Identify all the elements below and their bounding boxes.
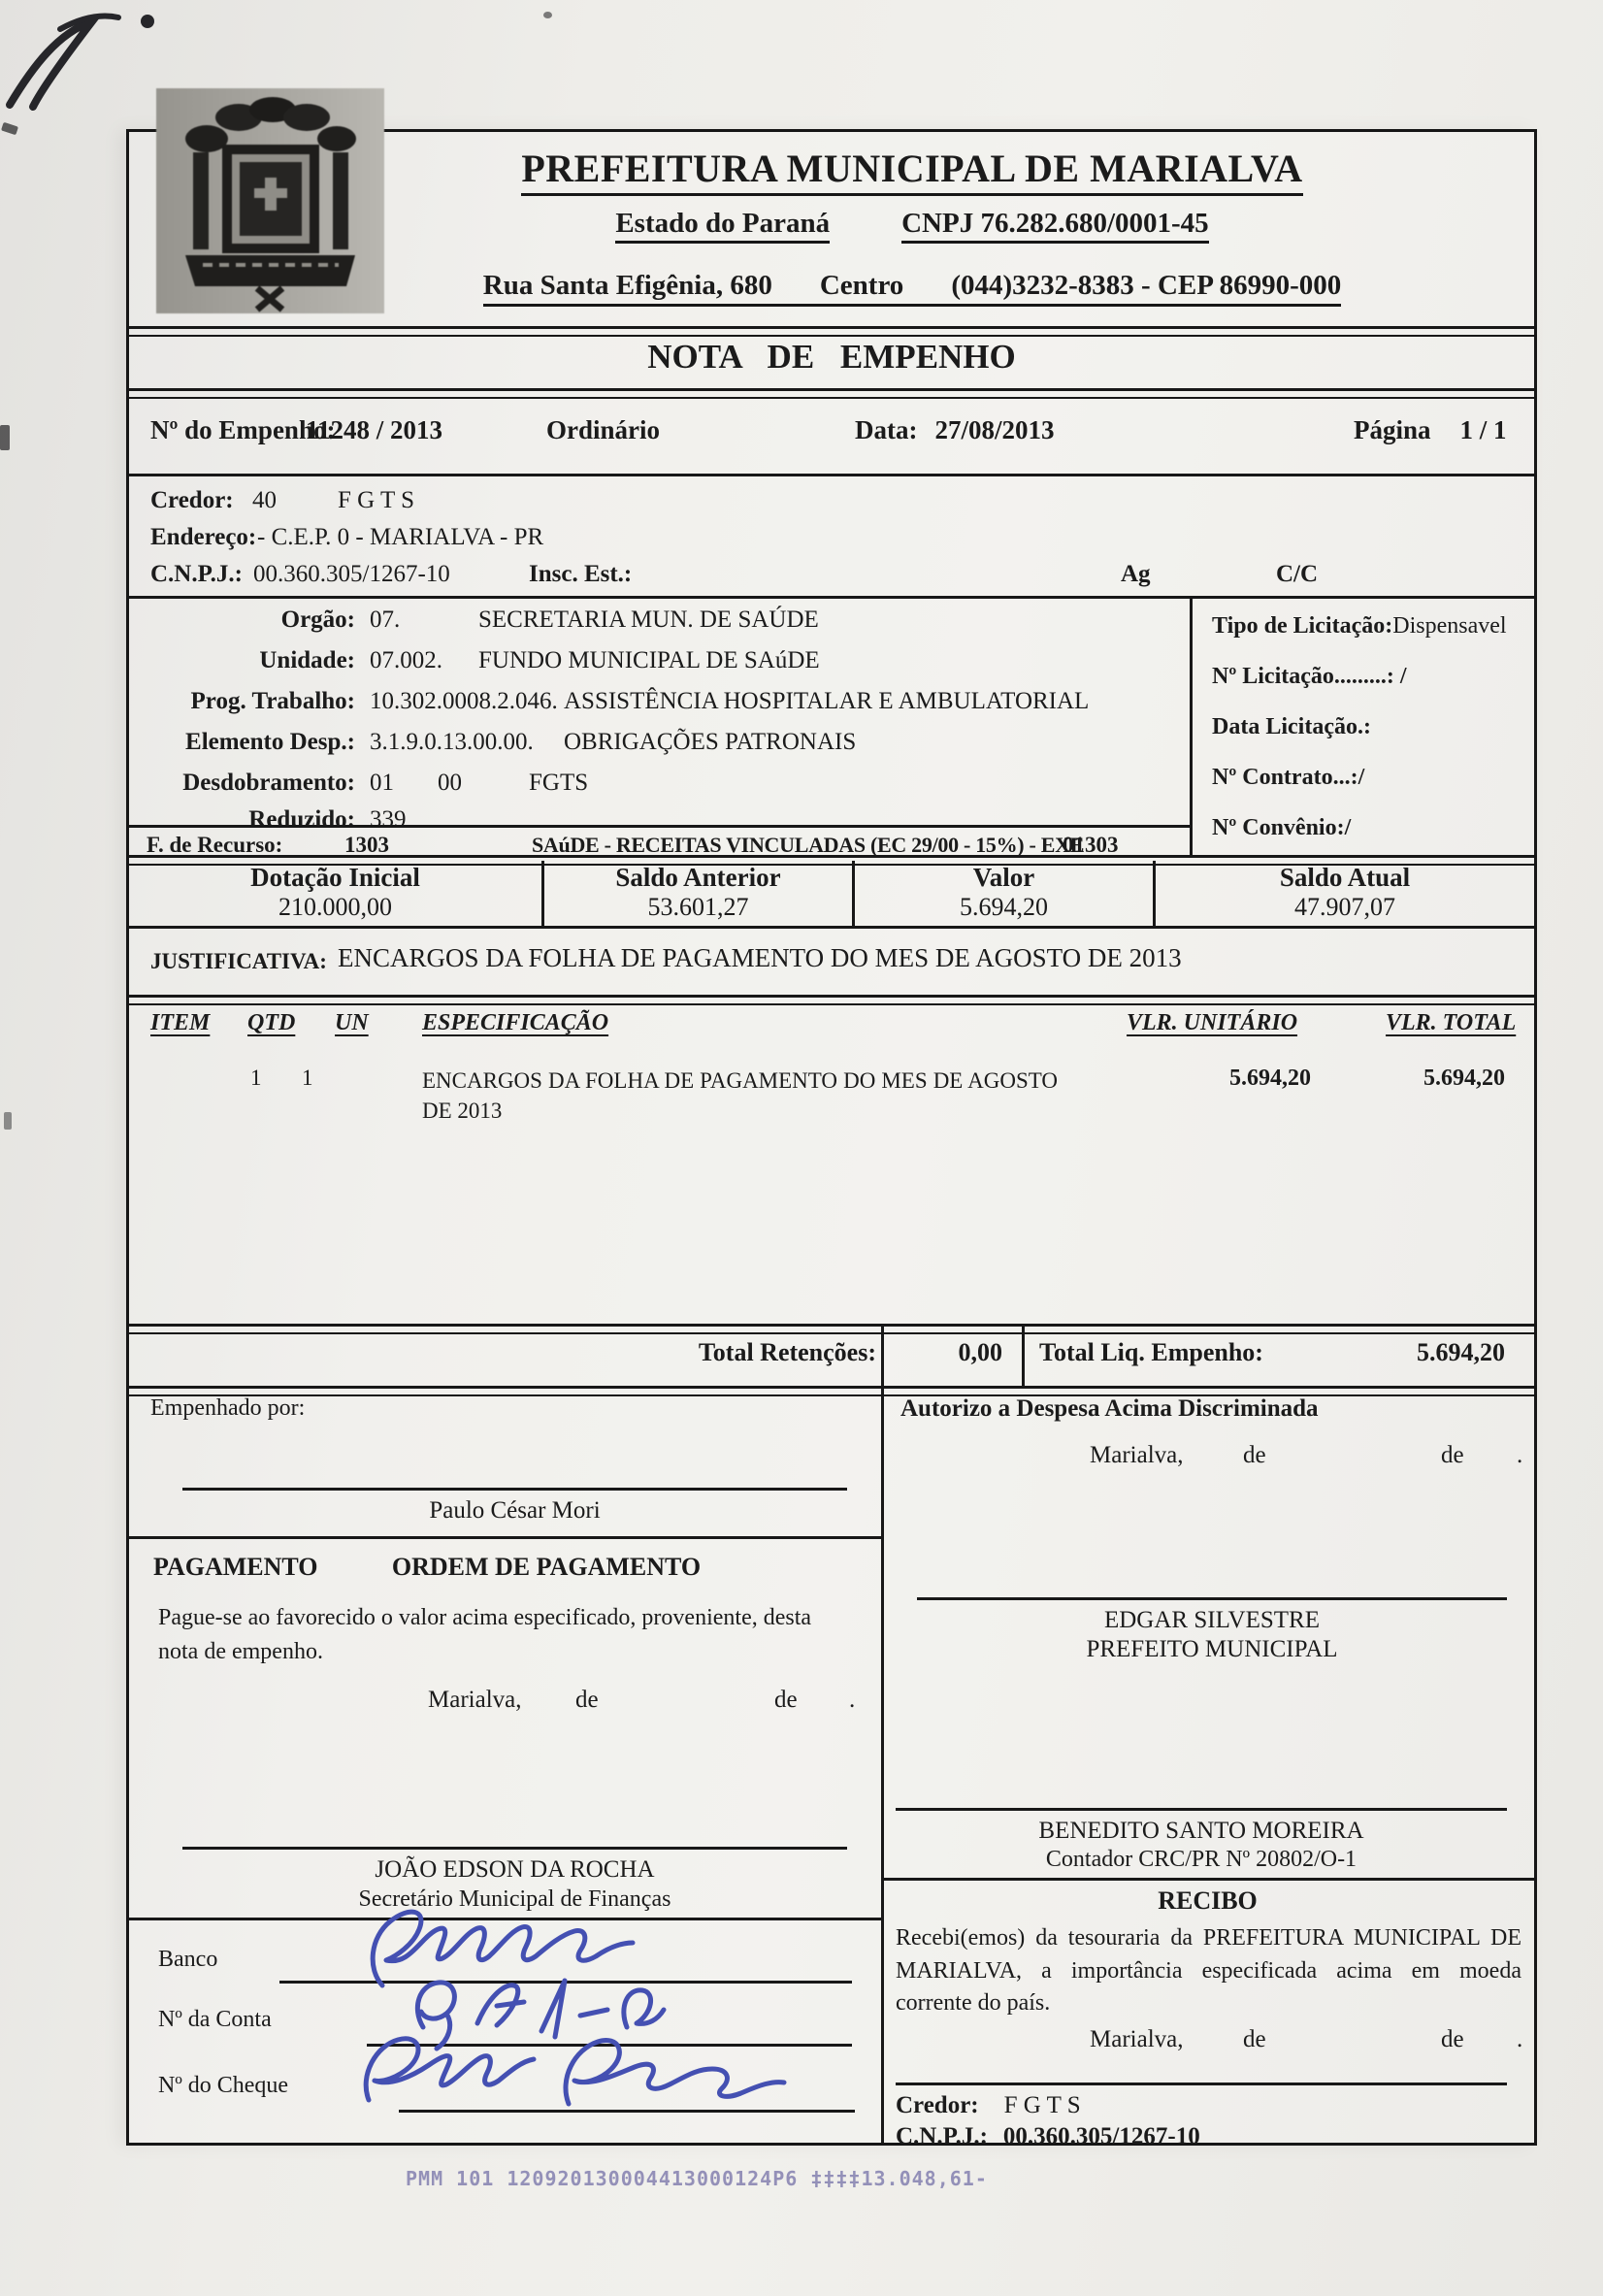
nota-de-empenho-form: PREFEITURA MUNICIPAL DE MARIALVA Estado …: [126, 129, 1537, 2146]
tipo-licitacao-value: Dispensavel: [1392, 613, 1506, 639]
numero-contrato-label: Nº Contrato...:/: [1212, 765, 1364, 791]
ordem-pagamento-title: ORDEM DE PAGAMENTO: [304, 1553, 789, 1582]
credor-address-label: Endereço:: [150, 524, 256, 551]
dotacao-inicial-label: Dotação Inicial: [129, 863, 541, 893]
unidade-code: 07.002.: [370, 647, 442, 674]
item-row-number: 1: [250, 1066, 262, 1091]
divider: [881, 1324, 884, 1386]
prog-trabalho-label: Prog. Trabalho:: [129, 688, 355, 715]
header-address-line: Rua Santa Efigênia, 680 Centro (044)3232…: [286, 270, 1538, 307]
signature-line: [917, 1597, 1507, 1600]
signature-line: [182, 1488, 847, 1491]
pagamento-section-title: PAGAMENTO: [153, 1553, 317, 1582]
cnpj-label: CNPJ 76.282.680/0001-45: [901, 208, 1209, 244]
recibo-text: Recebi(emos) da tesouraria da PREFEITURA…: [896, 1922, 1521, 2020]
cheque-label: Nº do Cheque: [158, 2073, 288, 2099]
unidade-desc: FUNDO MUNICIPAL DE SAúDE: [478, 647, 820, 674]
recibo-credor-row: Credor: F G T S: [896, 2092, 1081, 2119]
document-title: NOTA DE EMPENHO: [129, 338, 1534, 377]
desdobramento-label: Desdobramento:: [129, 770, 355, 797]
recibo-cnpj-value: 00.360.305/1267-10: [1003, 2123, 1200, 2149]
scan-noise-mark: [4, 1112, 12, 1130]
dotacao-inicial-value: 210.000,00: [129, 893, 541, 922]
empenho-number-value: 11248 / 2013: [306, 415, 442, 445]
divider: [129, 1324, 1534, 1334]
numero-licitacao-label: Nº Licitação.........: /: [1212, 664, 1407, 690]
date-label: Data:: [855, 415, 917, 444]
credor-cnpj-label: C.N.P.J.:: [150, 561, 243, 588]
empenhado-por-label: Empenhado por:: [150, 1395, 305, 1422]
scan-noise-mark: [0, 425, 10, 450]
items-header-item: ITEM: [150, 1010, 210, 1036]
saldo-atual-cell: Saldo Atual 47.907,07: [1153, 861, 1534, 926]
reduzido-label: Reduzido:: [129, 806, 355, 834]
recibo-credor-value: F G T S: [1004, 2092, 1081, 2118]
district: Centro: [820, 270, 903, 301]
contador-title: Contador CRC/PR Nº 20802/O-1: [896, 1847, 1507, 1873]
scanned-document-page: PREFEITURA MUNICIPAL DE MARIALVA Estado …: [0, 0, 1603, 2296]
prog-trabalho-desc: ASSISTÊNCIA HOSPITALAR E AMBULATORIAL: [564, 688, 1089, 715]
total-retencoes-label: Total Retenções:: [129, 1338, 876, 1367]
elemento-desp-code: 3.1.9.0.13.00.00.: [370, 729, 534, 756]
address-wrap: Rua Santa Efigênia, 680 Centro (044)3232…: [483, 270, 1342, 307]
dot-matrix-processing-stamp: PMM 101 120920130004413000124P6 ‡‡‡‡13.0…: [406, 2167, 988, 2190]
valor-cell: Valor 5.694,20: [852, 861, 1153, 926]
divider: [129, 388, 1534, 399]
valor-label: Valor: [855, 863, 1153, 893]
justificativa-text: ENCARGOS DA FOLHA DE PAGAMENTO DO MES DE…: [338, 943, 1182, 973]
date-value: 27/08/2013: [934, 415, 1054, 444]
orgao-code: 07.: [370, 607, 400, 634]
dotacao-inicial-cell: Dotação Inicial 210.000,00: [129, 861, 541, 926]
divider: [129, 926, 1534, 929]
credor-code: 40: [252, 487, 277, 514]
autorizo-de2: de: [1441, 1442, 1464, 1469]
contador-name: BENEDITO SANTO MOREIRA: [896, 1818, 1507, 1845]
recibo-cnpj-label: C.N.P.J.:: [896, 2123, 988, 2149]
licitacao-panel: Tipo de Licitação:Dispensavel Nº Licitaç…: [1190, 596, 1534, 855]
insc-est-label: Insc. Est.:: [529, 561, 632, 588]
autorizo-de1: de: [1243, 1442, 1266, 1469]
empenho-type: Ordinário: [546, 415, 660, 445]
unidade-label: Unidade:: [129, 647, 355, 674]
conta-corrente-label: C/C: [1276, 561, 1318, 588]
orgao-desc: SECRETARIA MUN. DE SAÚDE: [478, 607, 819, 634]
items-header-un: UN: [335, 1010, 369, 1036]
reduzido-code: 339: [370, 806, 407, 834]
page-value: 1 / 1: [1460, 415, 1507, 444]
prefeito-title: PREFEITO MUNICIPAL: [917, 1636, 1507, 1663]
recibo-cnpj-row: C.N.P.J.: 00.360.305/1267-10: [896, 2123, 1200, 2150]
signature-line: [896, 2083, 1507, 2085]
item-row-qtd: 1: [302, 1066, 313, 1091]
autorizo-title: Autorizo a Despesa Acima Discriminada: [900, 1395, 1319, 1423]
credor-name: F G T S: [338, 487, 414, 514]
numero-convenio-label: Nº Convênio:/: [1212, 815, 1351, 841]
total-retencoes-value: 0,00: [891, 1338, 1002, 1367]
phone-cep: (044)3232-8383 - CEP 86990-000: [951, 270, 1341, 301]
saldo-anterior-label: Saldo Anterior: [544, 863, 852, 893]
pagamento-de2: de: [774, 1687, 798, 1714]
total-liq-empenho-label: Total Liq. Empenho:: [1039, 1338, 1263, 1367]
recibo-city: Marialva,: [1090, 2026, 1183, 2053]
divider: [881, 1386, 884, 2143]
justificativa-label: JUSTIFICATIVA:: [150, 949, 327, 974]
empenhado-name: Paulo César Mori: [182, 1497, 847, 1525]
saldo-anterior-value: 53.601,27: [544, 893, 852, 922]
header-subtitle-line: Estado do Paraná CNPJ 76.282.680/0001-45: [286, 208, 1538, 240]
item-row-vlr-total: 5.694,20: [1342, 1066, 1505, 1092]
pagamento-text: Pague-se ao favorecido o valor acima esp…: [158, 1601, 847, 1669]
divider: [1022, 1324, 1025, 1386]
prefeito-name: EDGAR SILVESTRE: [917, 1607, 1507, 1634]
elemento-desp-label: Elemento Desp.:: [129, 729, 355, 756]
valor-value: 5.694,20: [855, 893, 1153, 922]
signature-line: [182, 1847, 847, 1850]
divider: [129, 1536, 881, 1539]
divider: [129, 326, 1534, 337]
empenho-date: Data: 27/08/2013: [855, 415, 1055, 445]
page-indicator: Página 1 / 1: [1354, 415, 1507, 445]
tipo-licitacao-row: Tipo de Licitação:Dispensavel: [1212, 613, 1507, 640]
header-title-block: PREFEITURA MUNICIPAL DE MARIALVA: [286, 146, 1538, 191]
saldo-atual-label: Saldo Atual: [1156, 863, 1534, 893]
handwriting-cheque: [347, 2024, 803, 2126]
total-liq-empenho-value: 5.694,20: [1323, 1338, 1505, 1367]
scan-noise-mark: [543, 12, 552, 18]
item-row-vlr-unitario: 5.694,20: [1138, 1066, 1311, 1092]
saldo-anterior-cell: Saldo Anterior 53.601,27: [541, 861, 852, 926]
street-address: Rua Santa Efigênia, 680: [483, 270, 772, 301]
recibo-de1: de: [1243, 2026, 1266, 2053]
page-label: Página: [1354, 415, 1431, 444]
state-label: Estado do Paraná: [615, 208, 830, 244]
prog-trabalho-code: 10.302.0008.2.046.: [370, 688, 558, 715]
agencia-label: Ag: [1121, 561, 1151, 588]
saldos-table: Dotação Inicial 210.000,00 Saldo Anterio…: [129, 861, 1534, 926]
conta-label: Nº da Conta: [158, 2007, 272, 2033]
pagamento-city: Marialva,: [428, 1687, 521, 1714]
items-header-espec: ESPECIFICAÇÃO: [422, 1010, 608, 1036]
credor-label: Credor:: [150, 487, 234, 514]
items-header-qtd: QTD: [247, 1010, 295, 1036]
credor-cnpj-value: 00.360.305/1267-10: [253, 561, 450, 588]
divider: [129, 825, 1190, 828]
recibo-credor-label: Credor:: [896, 2092, 979, 2118]
pagamento-de1: de: [575, 1687, 599, 1714]
item-row-espec: ENCARGOS DA FOLHA DE PAGAMENTO DO MES DE…: [422, 1066, 1058, 1126]
divider: [881, 1878, 1534, 1881]
banco-label: Banco: [158, 1947, 217, 1973]
desdobramento-desc: FGTS: [529, 770, 588, 797]
autorizo-dot: .: [1517, 1442, 1522, 1469]
orgao-label: Orgão:: [129, 607, 355, 634]
credor-address-value: - C.E.P. 0 - MARIALVA - PR: [257, 524, 543, 551]
recibo-de2: de: [1441, 2026, 1464, 2053]
recibo-dot: .: [1517, 2026, 1522, 2053]
data-licitacao-label: Data Licitação.:: [1212, 714, 1371, 740]
divider: [129, 1386, 1534, 1396]
signature-line: [896, 1808, 1507, 1811]
saldo-atual-value: 47.907,07: [1156, 893, 1534, 922]
desdobramento-code: 01: [370, 770, 394, 797]
divider: [129, 995, 1534, 1005]
tipo-licitacao-label: Tipo de Licitação:: [1212, 613, 1392, 639]
autorizo-city: Marialva,: [1090, 1442, 1183, 1469]
secretario-name: JOÃO EDSON DA ROCHA: [182, 1856, 847, 1884]
items-header-vlr-total: VLR. TOTAL: [1386, 1010, 1516, 1036]
items-header-vlr-unitario: VLR. UNITÁRIO: [1127, 1010, 1297, 1036]
page-title: PREFEITURA MUNICIPAL DE MARIALVA: [521, 147, 1302, 196]
recibo-title: RECIBO: [881, 1886, 1534, 1916]
pagamento-dot: .: [849, 1687, 855, 1714]
elemento-desp-desc: OBRIGAÇÕES PATRONAIS: [564, 729, 856, 756]
desdobramento-code2: 00: [438, 770, 462, 797]
divider: [129, 474, 1534, 476]
